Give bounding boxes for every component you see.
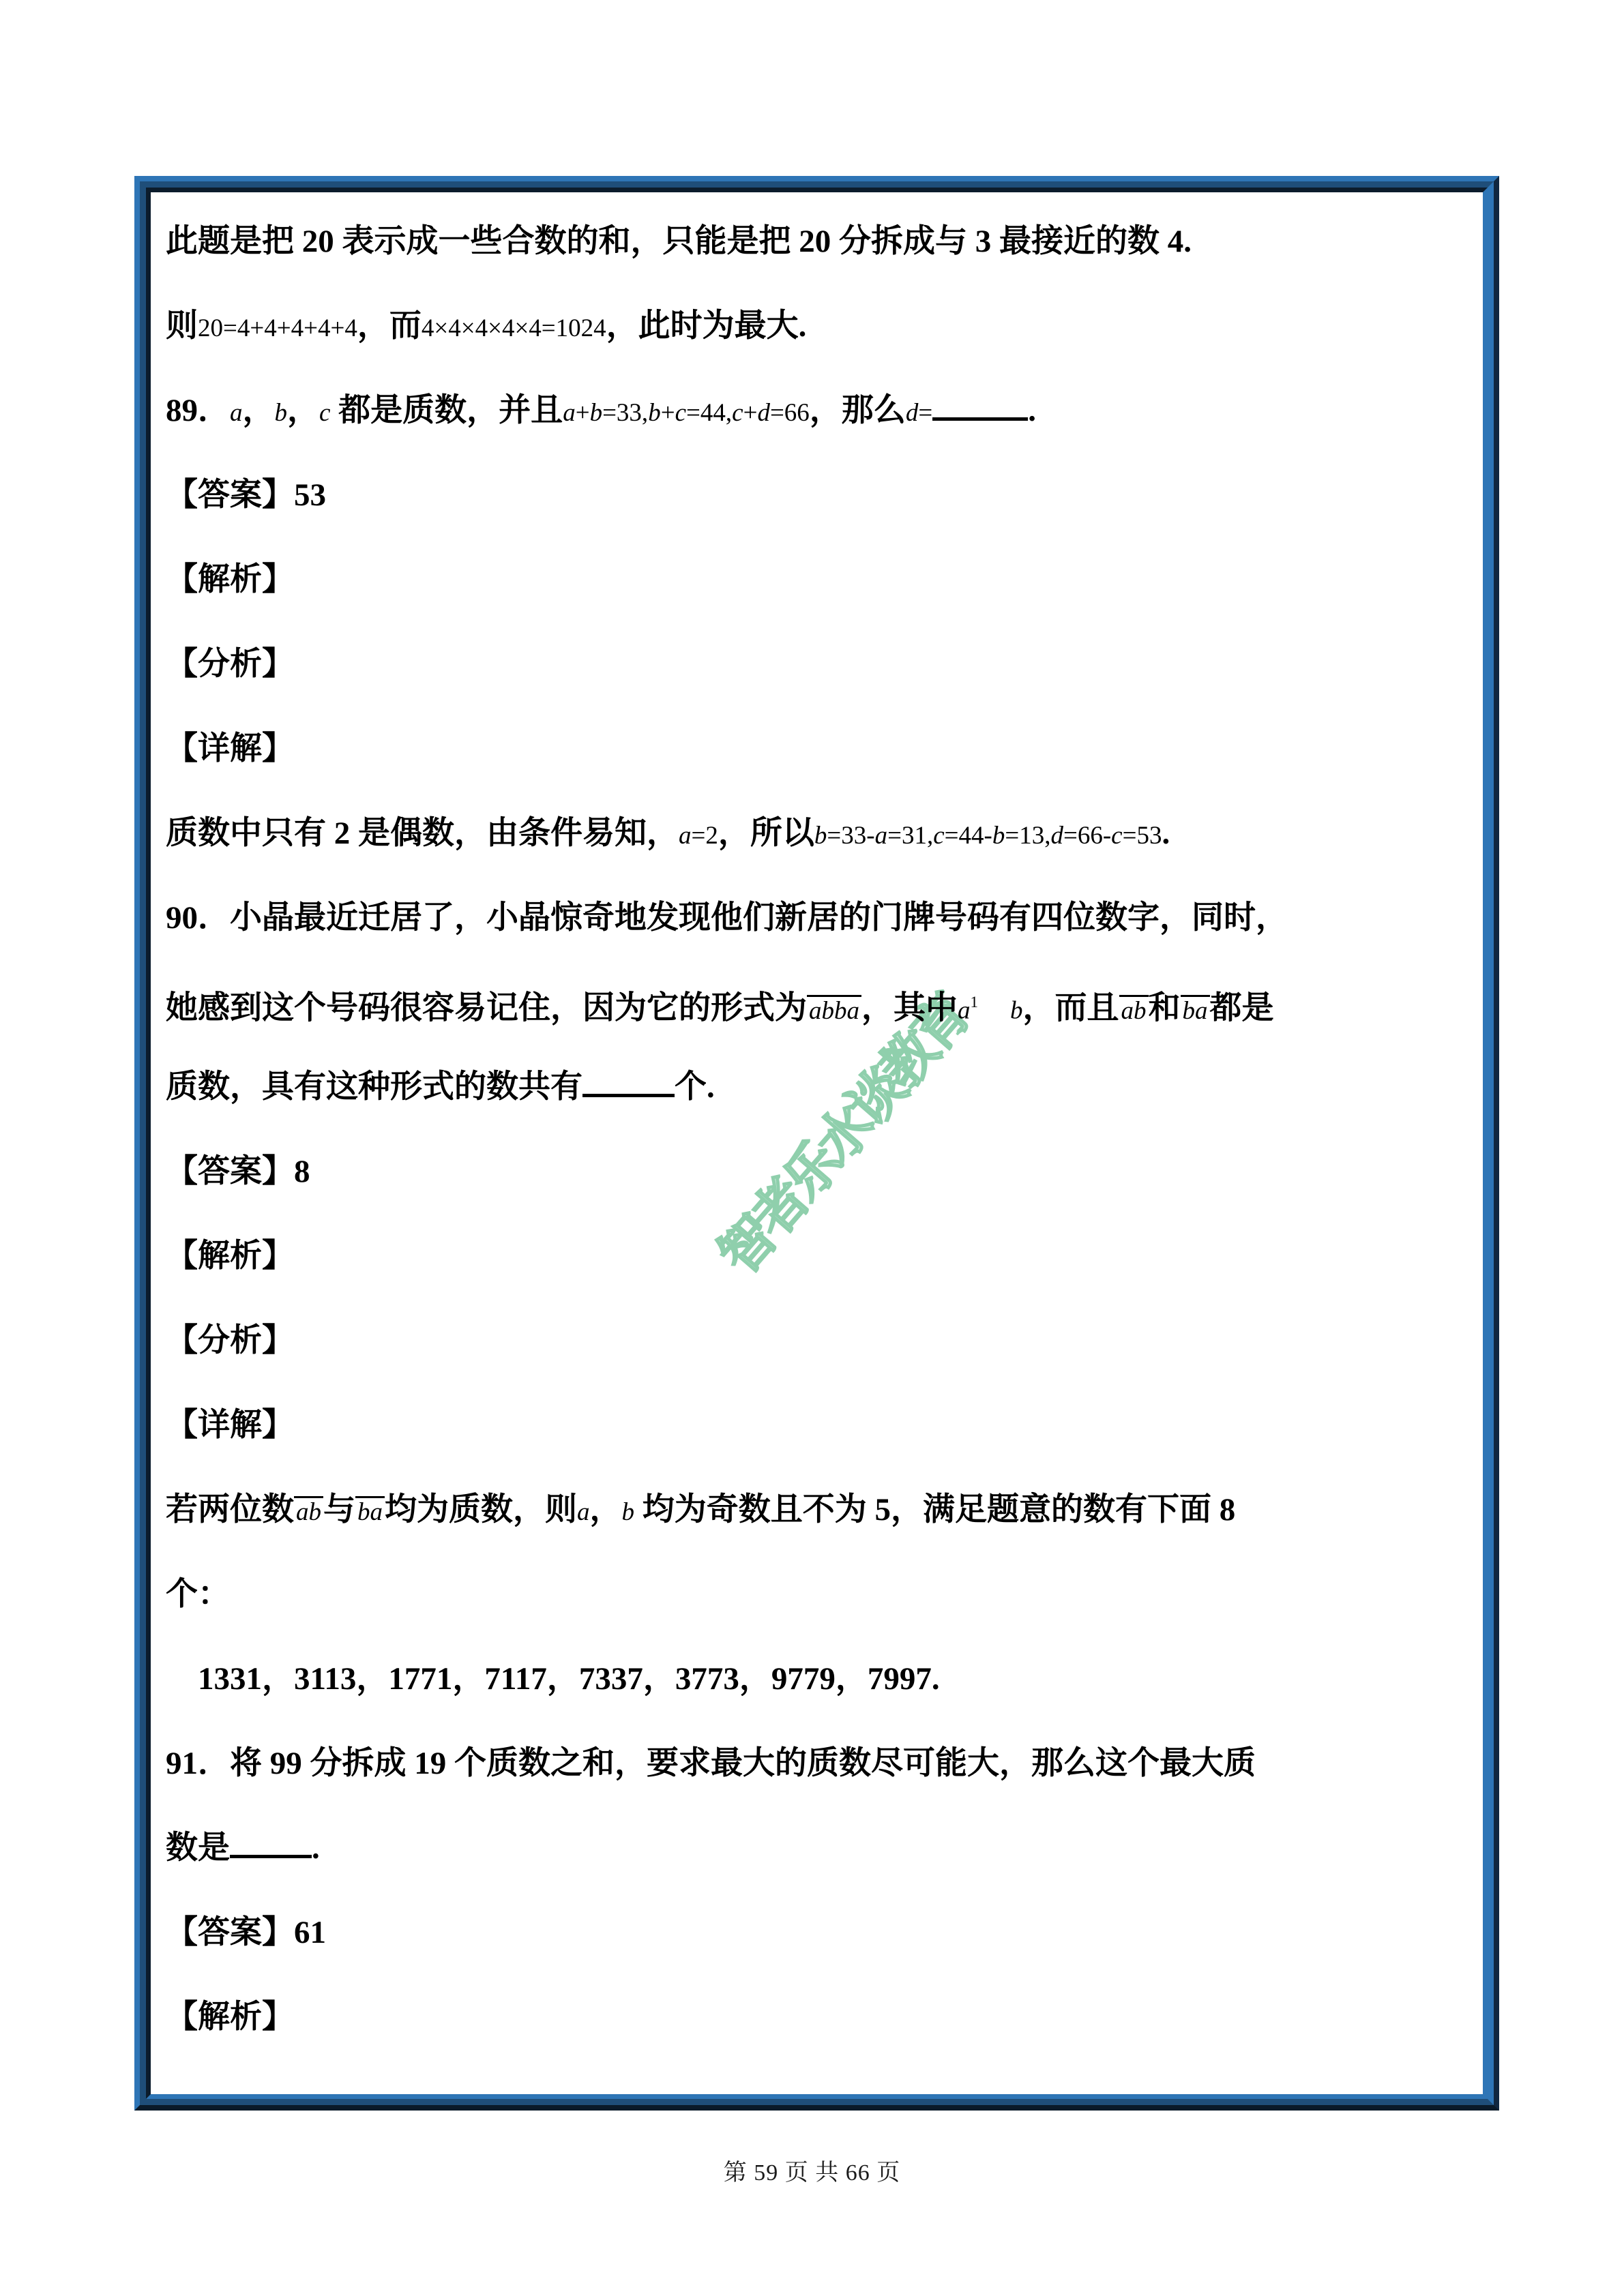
question-91-line-1: 91．将 99 分拆成 19 个质数之和，要求最大的质数尽可能大，那么这个最大质	[166, 1721, 1465, 1806]
explanation-line-1: 此题是把 20 表示成一些合数的和，只能是把 20 分拆成与 3 最接近的数 4…	[166, 199, 1465, 284]
text-run: 【解析】	[166, 562, 294, 597]
text-run: d=	[906, 399, 932, 427]
text-run: 则	[166, 308, 198, 344]
text-run: 数是	[166, 1830, 230, 1866]
text-run: 她感到这个号码很容易记住，因为它的形式为	[166, 991, 807, 1026]
text-run	[978, 991, 1010, 1026]
superscript: 1	[971, 994, 979, 1011]
text-run: 质数中只有 2 是偶数，由条件易知，	[166, 816, 679, 851]
text-run: 20=4+4+4+4+4	[198, 314, 357, 342]
question-91-line-2: 数是.	[166, 1806, 1465, 1890]
question-90-line-3: 质数，具有这种形式的数共有个.	[166, 1045, 1465, 1129]
text-run: .	[1028, 393, 1036, 428]
text-run: ，而	[357, 308, 422, 344]
text-run: 【解析】	[166, 1999, 294, 2035]
text-run: 【答案】53	[166, 477, 326, 513]
text-run: a	[577, 1498, 590, 1526]
text-run: ab	[294, 1496, 323, 1527]
text-run: 均为质数，则	[385, 1492, 577, 1527]
text-run: 此题是把 20 表示成一些合数的和，只能是把 20 分拆成与 3 最接近的数 4…	[166, 224, 1192, 259]
text-run: 【答案】8	[166, 1154, 310, 1189]
text-run: .	[312, 1830, 320, 1866]
page: { "page": { "width": 2381, "height": 336…	[0, 0, 1624, 2296]
solution-90-line-1: 若两位数ab与ba均为质数，则a，b 均为奇数且不为 5，满足题意的数有下面 8	[166, 1467, 1465, 1552]
fenxi-90: 【分析】	[166, 1298, 1465, 1383]
text-run: a	[958, 997, 971, 1025]
question-90-line-2: 她感到这个号码很容易记住，因为它的形式为abba，其中a1 b，而且ab和ba都…	[166, 960, 1465, 1045]
text-run: ，所以	[718, 816, 814, 851]
page-border-frame: 此题是把 20 表示成一些合数的和，只能是把 20 分拆成与 3 最接近的数 4…	[134, 176, 1499, 2111]
text-run: 4×4×4×4×4=1024	[422, 314, 606, 342]
answer-89: 【答案】53	[166, 453, 1465, 537]
text-run: a	[230, 399, 243, 427]
jiexi-89: 【解析】	[166, 537, 1465, 622]
text-run: ab	[1119, 995, 1149, 1026]
text-run: 【详解】	[166, 1407, 294, 1443]
text-run: 与	[323, 1492, 355, 1527]
page-border-frame-mid: 此题是把 20 表示成一些合数的和，只能是把 20 分拆成与 3 最接近的数 4…	[140, 181, 1494, 2105]
text-run: a+b=33,b+c=44,c+d=66	[563, 399, 810, 427]
xiangjie-90: 【详解】	[166, 1383, 1465, 1467]
answer-blank	[932, 411, 1028, 421]
text-run: 都是	[1210, 991, 1274, 1026]
answer-blank	[582, 1087, 675, 1097]
document-content: 此题是把 20 表示成一些合数的和，只能是把 20 分拆成与 3 最接近的数 4…	[146, 188, 1488, 2099]
text-run: 均为奇数且不为 5，满足题意的数有下面 8	[634, 1492, 1235, 1527]
explanation-line-2: 则20=4+4+4+4+4，而4×4×4×4×4=1024，此时为最大.	[166, 284, 1465, 368]
text-run: 【分析】	[166, 1323, 294, 1358]
text-run: b	[622, 1498, 635, 1526]
solution-89: 质数中只有 2 是偶数，由条件易知，a=2，所以b=33-a=31,c=44-b…	[166, 791, 1465, 876]
text-run: a=2	[679, 822, 718, 850]
solution-90-line-2: 个：	[166, 1552, 1465, 1637]
jiexi-90: 【解析】	[166, 1214, 1465, 1298]
text-run: ，	[590, 1492, 622, 1527]
text-run: ba	[355, 1496, 385, 1527]
text-run: ，	[287, 393, 319, 428]
text-run: 【详解】	[166, 731, 294, 766]
text-run: 若两位数	[166, 1492, 294, 1527]
text-run: 【答案】61	[166, 1915, 326, 1950]
answer-90: 【答案】8	[166, 1129, 1465, 1214]
text-run: abba	[807, 995, 861, 1026]
answer-91: 【答案】61	[166, 1890, 1465, 1975]
text-run: 【分析】	[166, 646, 294, 682]
text-run: 91．将 99 分拆成 19 个质数之和，要求最大的质数尽可能大，那么这个最大质	[166, 1746, 1256, 1781]
text-run: 89．	[166, 393, 230, 428]
text-run: b	[1010, 997, 1023, 1025]
text-run: ，而且	[1023, 991, 1119, 1026]
text-run: ，那么	[810, 393, 906, 428]
text-run: ba	[1181, 995, 1210, 1026]
question-90-line-1: 90．小晶最近迁居了，小晶惊奇地发现他们新居的门牌号码有四位数字，同时，	[166, 876, 1465, 960]
text-run: b=33-a=31,c=44-b=13,d=66-c=53	[814, 822, 1162, 850]
content-lines: 此题是把 20 表示成一些合数的和，只能是把 20 分拆成与 3 最接近的数 4…	[166, 199, 1465, 2059]
text-run: ，其中	[861, 991, 958, 1026]
text-run: c	[319, 399, 330, 427]
text-run: 和	[1149, 991, 1181, 1026]
answer-blank	[230, 1848, 312, 1858]
question-89: 89．a，b，c 都是质数，并且a+b=33,b+c=44,c+d=66，那么d…	[166, 368, 1465, 453]
text-run: ，此时为最大.	[606, 308, 807, 344]
text-run: 【解析】	[166, 1238, 294, 1274]
text-run: 90．小晶最近迁居了，小晶惊奇地发现他们新居的门牌号码有四位数字，同时，	[166, 900, 1288, 936]
text-run: 质数，具有这种形式的数共有	[166, 1069, 582, 1105]
text-run: 都是质数，并且	[330, 393, 563, 428]
xiangjie-89: 【详解】	[166, 706, 1465, 791]
text-run: b	[275, 399, 288, 427]
text-run: 1331，3113，1771，7117，7337，3773，9779，7997.	[166, 1661, 940, 1697]
text-run: 个.	[675, 1069, 715, 1105]
text-run: 个：	[166, 1577, 230, 1612]
solution-90-numbers: 1331，3113，1771，7117，7337，3773，9779，7997.	[166, 1637, 1465, 1721]
fenxi-89: 【分析】	[166, 622, 1465, 706]
page-number: 第 59 页 共 66 页	[0, 2153, 1624, 2187]
text-run: ，	[243, 393, 275, 428]
jiexi-91: 【解析】	[166, 1975, 1465, 2059]
text-run: .	[1162, 816, 1170, 851]
